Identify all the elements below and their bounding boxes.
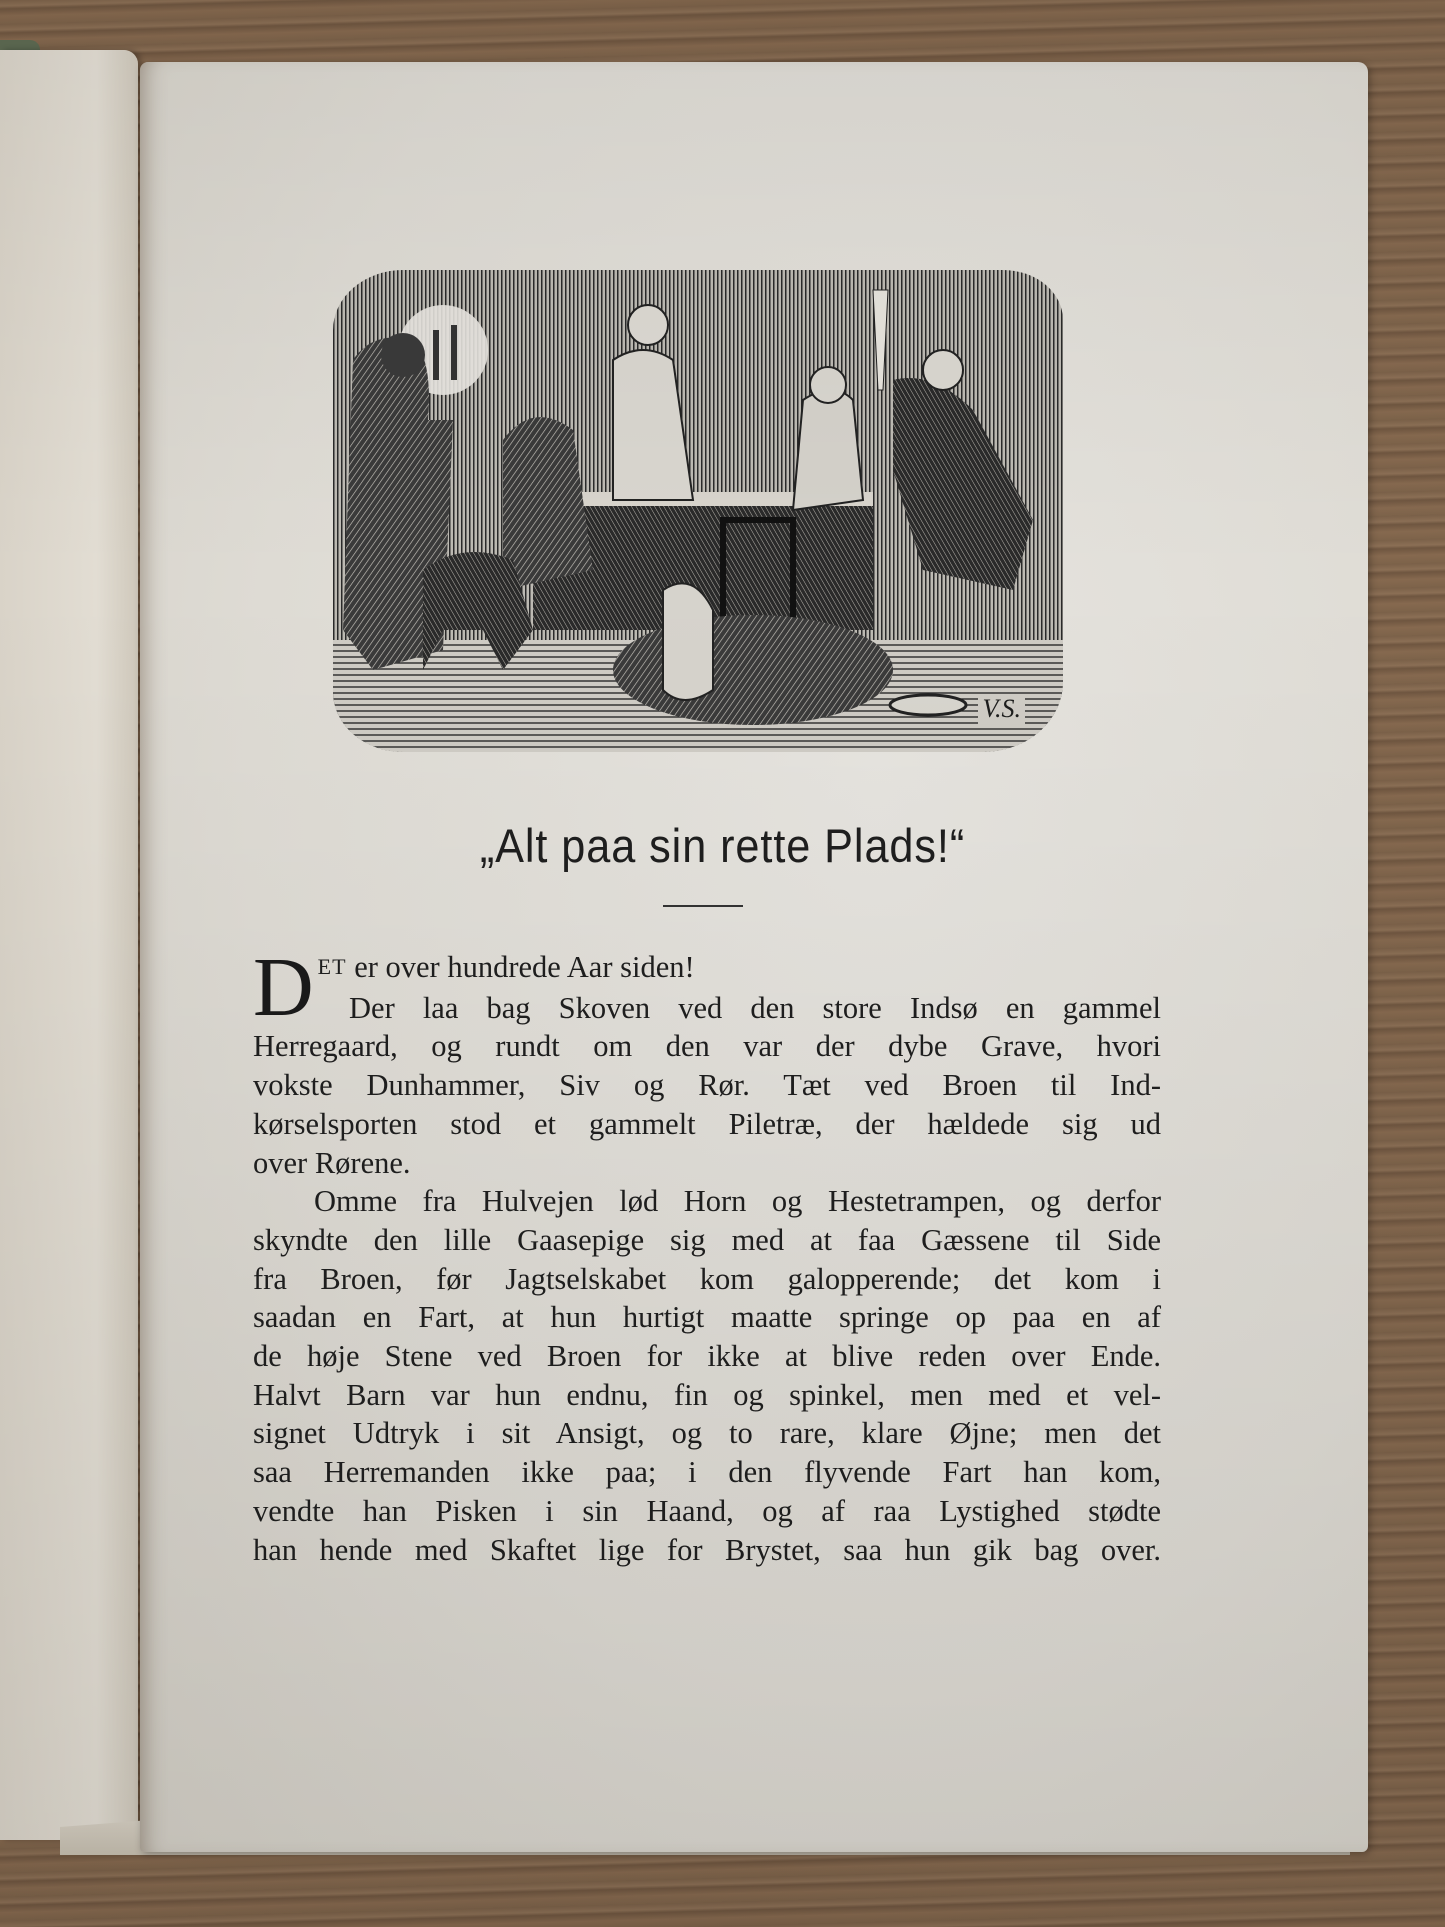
text-line: saadan en Fart, at hun hurtigt maatte sp… xyxy=(253,1298,1161,1337)
chapter-title: „Alt paa sin rette Plads!“ xyxy=(58,818,1387,873)
text-line: fra Broen, før Jagtselskabet kom galoppe… xyxy=(253,1260,1161,1299)
text-line: de høje Stene ved Broen for ikke at bliv… xyxy=(253,1337,1161,1376)
tavern-scene-icon xyxy=(333,270,1063,752)
text-line: signet Udtryk i sit Ansigt, og to rare, … xyxy=(253,1414,1161,1453)
text-line: han hende med Skaftet lige for Brystet, … xyxy=(253,1531,1161,1570)
engraving-illustration: V.S. xyxy=(333,270,1063,752)
artist-signature: V.S. xyxy=(978,694,1025,724)
text-line: kørselsporten stod et gammelt Piletræ, d… xyxy=(253,1105,1161,1144)
text-line: vendte han Pisken i sin Haand, og af raa… xyxy=(253,1492,1161,1531)
text-line: Omme fra Hulvejen lød Horn og Hestetramp… xyxy=(253,1182,1161,1221)
text-line: saa Herremanden ikke paa; i den flyvende… xyxy=(253,1453,1161,1492)
text-line: over Rørene. xyxy=(253,1144,1161,1183)
text-line: Der laa bag Skoven ved den store Indsø e… xyxy=(253,989,1161,1028)
text-line: vokste Dunhammer, Siv og Rør. Tæt ved Br… xyxy=(253,1066,1161,1105)
text-line: skyndte den lille Gaasepige sig med at f… xyxy=(253,1221,1161,1260)
left-page xyxy=(0,50,138,1840)
body-text: D ET er over hundrede Aar siden! Der laa… xyxy=(253,950,1161,1569)
text-line: ET er over hundrede Aar siden! xyxy=(253,948,1161,987)
smallcaps-word: ET xyxy=(318,954,347,979)
text-line: Herregaard, og rundt om den var der dybe… xyxy=(253,1027,1161,1066)
text-line: Halvt Barn var hun endnu, fin og spinkel… xyxy=(253,1376,1161,1415)
title-rule xyxy=(663,905,743,907)
